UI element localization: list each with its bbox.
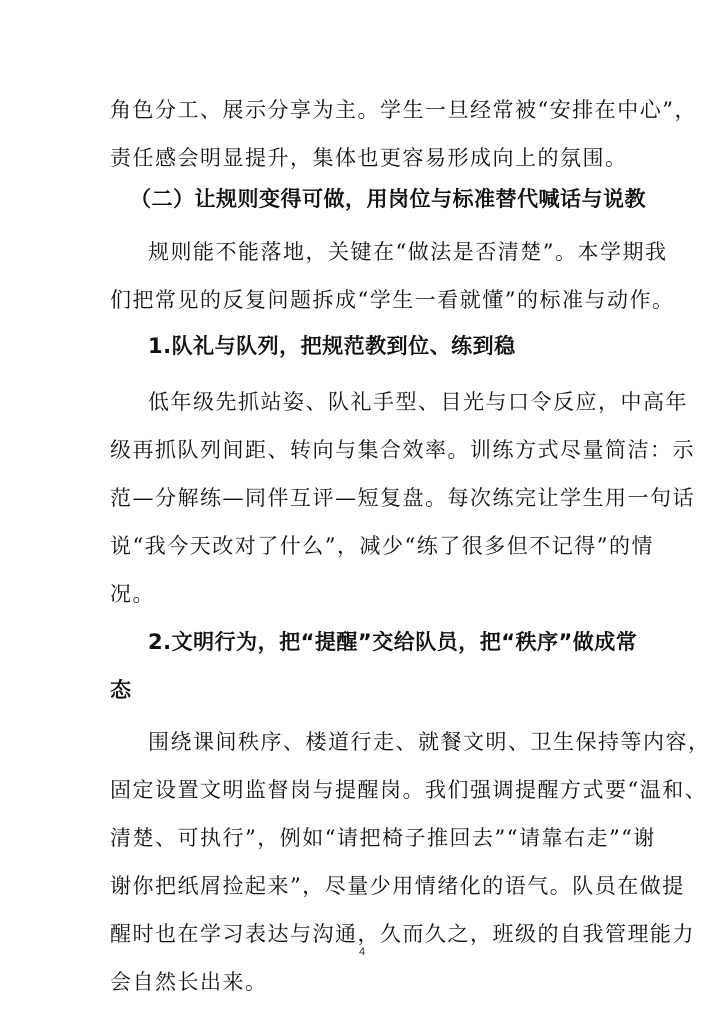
paragraph-line: 会自然长出来。 xyxy=(110,970,620,994)
paragraph-line: 们把常见的反复问题拆成“学生一看就懂”的标准与动作。 xyxy=(110,288,620,312)
section-heading: （二）让规则变得可做，用岗位与标准替代喊话与说教 xyxy=(130,187,640,211)
paragraph-line: 清楚、可执行”，例如“请把椅子推回去”“请靠右走”“谢 xyxy=(110,826,620,850)
paragraph-line: 规则能不能落地，关键在“做法是否清楚”。本学期我 xyxy=(148,240,658,264)
paragraph-line: 低年级先抓站姿、队礼手型、目光与口令反应，中高年 xyxy=(148,390,658,414)
paragraph-line: 况。 xyxy=(110,582,620,606)
paragraph-line: 责任感会明显提升，集体也更容易形成向上的氛围。 xyxy=(110,146,620,170)
paragraph-line: 说“我今天改对了什么”，减少“练了很多但不记得”的情 xyxy=(110,534,620,558)
paragraph-line: 围绕课间秩序、楼道行走、就餐文明、卫生保持等内容， xyxy=(148,730,658,754)
paragraph-line: 谢你把纸屑捡起来”，尽量少用情绪化的语气。队员在做提 xyxy=(110,874,620,898)
subheading-1: 1.队礼与队列，把规范教到位、练到稳 xyxy=(148,334,658,358)
page-number: 4 xyxy=(0,946,724,958)
paragraph-line: 角色分工、展示分享为主。学生一旦经常被“安排在中心”， xyxy=(110,98,620,122)
paragraph-line: 醒时也在学习表达与沟通，久而久之，班级的自我管理能力 xyxy=(110,922,620,946)
paragraph-line: 级再抓队列间距、转向与集合效率。训练方式尽量简洁：示 xyxy=(110,438,620,462)
subheading-2-cont: 态 xyxy=(110,678,620,702)
paragraph-line: 范—分解练—同伴互评—短复盘。每次练完让学生用一句话 xyxy=(110,486,620,510)
subheading-2: 2.文明行为，把“提醒”交给队员，把“秩序”做成常 xyxy=(148,630,658,654)
paragraph-line: 固定设置文明监督岗与提醒岗。我们强调提醒方式要“温和、 xyxy=(110,778,620,802)
